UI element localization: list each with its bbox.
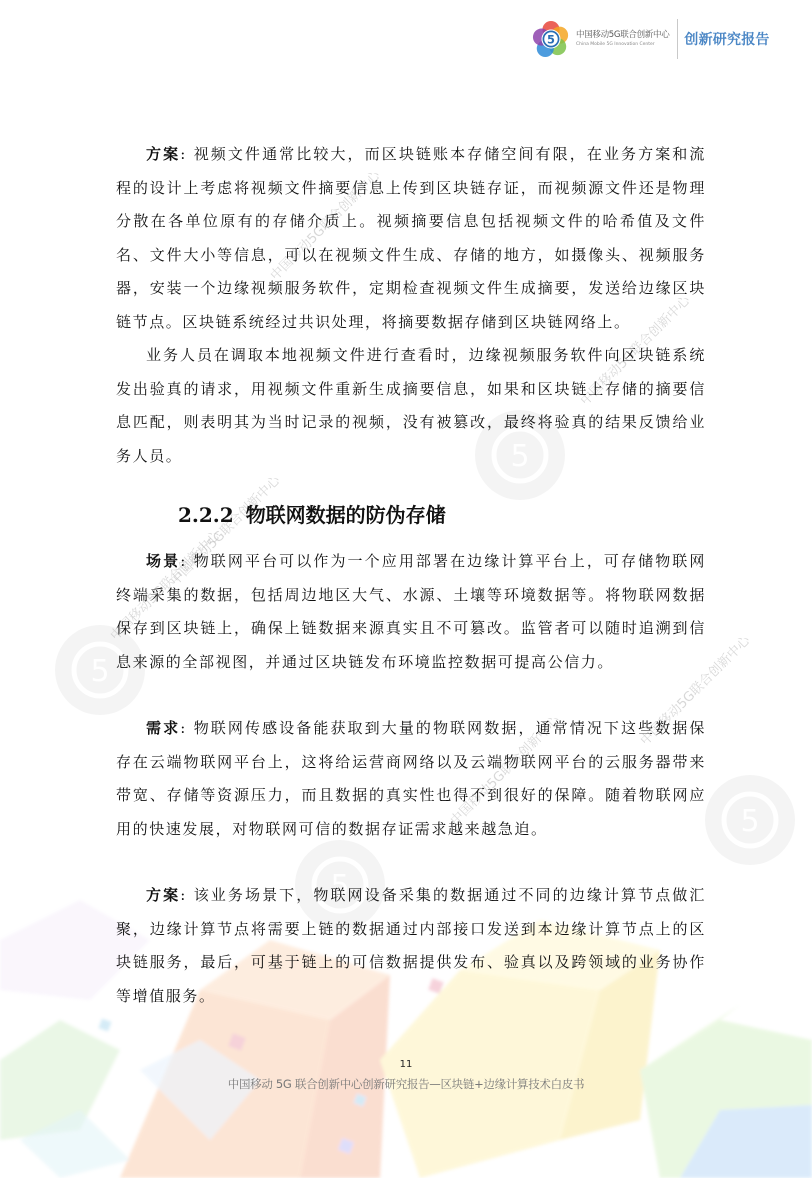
svg-text:5: 5: [547, 32, 555, 46]
paragraph-text: 业务人员在调取本地视频文件进行查看时，边缘视频服务软件向区块链系统发出验真的请求…: [116, 346, 706, 465]
paragraph-label: 需求: [146, 719, 180, 737]
paragraph-label: 方案: [146, 145, 180, 163]
section-title: 物联网数据的防伪存储: [246, 503, 446, 527]
org-name-cn: 中国移动5G联合创新中心: [576, 30, 669, 41]
paragraph-solution-iot: 方案: 该业务场景下，物联网设备采集的数据通过不同的边缘计算节点做汇聚，边缘计算…: [116, 879, 706, 1013]
spacer: [116, 846, 706, 879]
svg-text:5: 5: [740, 804, 759, 839]
watermark-logo-icon: 5: [700, 770, 800, 870]
china-mobile-5g-logo-icon: 5: [532, 20, 570, 58]
paragraph-text: : 物联网平台可以作为一个应用部署在边缘计算平台上，可存储物联网终端采集的数据，…: [116, 552, 706, 671]
header-divider: [677, 19, 678, 59]
page-header: 5 中国移动5G联合创新中心 China Mobile 5G Innovatio…: [532, 18, 770, 60]
report-label: 创新研究报告: [684, 29, 769, 49]
paragraph-solution-video: 方案: 视频文件通常比较大，而区块链账本存储空间有限，在业务方案和流程的设计上考…: [116, 138, 706, 339]
paragraph-text: : 视频文件通常比较大，而区块链账本存储空间有限，在业务方案和流程的设计上考虑将…: [116, 145, 706, 331]
spacer: [116, 679, 706, 712]
paragraph-label: 场景: [146, 552, 180, 570]
paragraph-verification: 业务人员在调取本地视频文件进行查看时，边缘视频服务软件向区块链系统发出验真的请求…: [116, 339, 706, 473]
footer-title: 中国移动 5G 联合创新中心创新研究报告—区块链+边缘计算技术白皮书: [0, 1076, 812, 1092]
paragraph-text: : 该业务场景下，物联网设备采集的数据通过不同的边缘计算节点做汇聚，边缘计算节点…: [116, 886, 706, 1005]
org-name-en: China Mobile 5G Innovation Center: [576, 41, 669, 48]
section-heading: 2.2.2物联网数据的防伪存储: [178, 495, 706, 545]
paragraph-scenario: 场景: 物联网平台可以作为一个应用部署在边缘计算平台上，可存储物联网终端采集的数…: [116, 545, 706, 679]
paragraph-text: : 物联网传感设备能获取到大量的物联网数据，通常情况下这些数据保存在云端物联网平…: [116, 719, 706, 838]
document-body: 方案: 视频文件通常比较大，而区块链账本存储空间有限，在业务方案和流程的设计上考…: [116, 138, 706, 1013]
section-number: 2.2.2: [178, 503, 234, 527]
org-name: 中国移动5G联合创新中心 China Mobile 5G Innovation …: [576, 30, 669, 48]
page-number: 11: [0, 1059, 812, 1070]
svg-text:5: 5: [90, 654, 109, 689]
paragraph-label: 方案: [146, 886, 180, 904]
paragraph-requirement: 需求: 物联网传感设备能获取到大量的物联网数据，通常情况下这些数据保存在云端物联…: [116, 712, 706, 846]
